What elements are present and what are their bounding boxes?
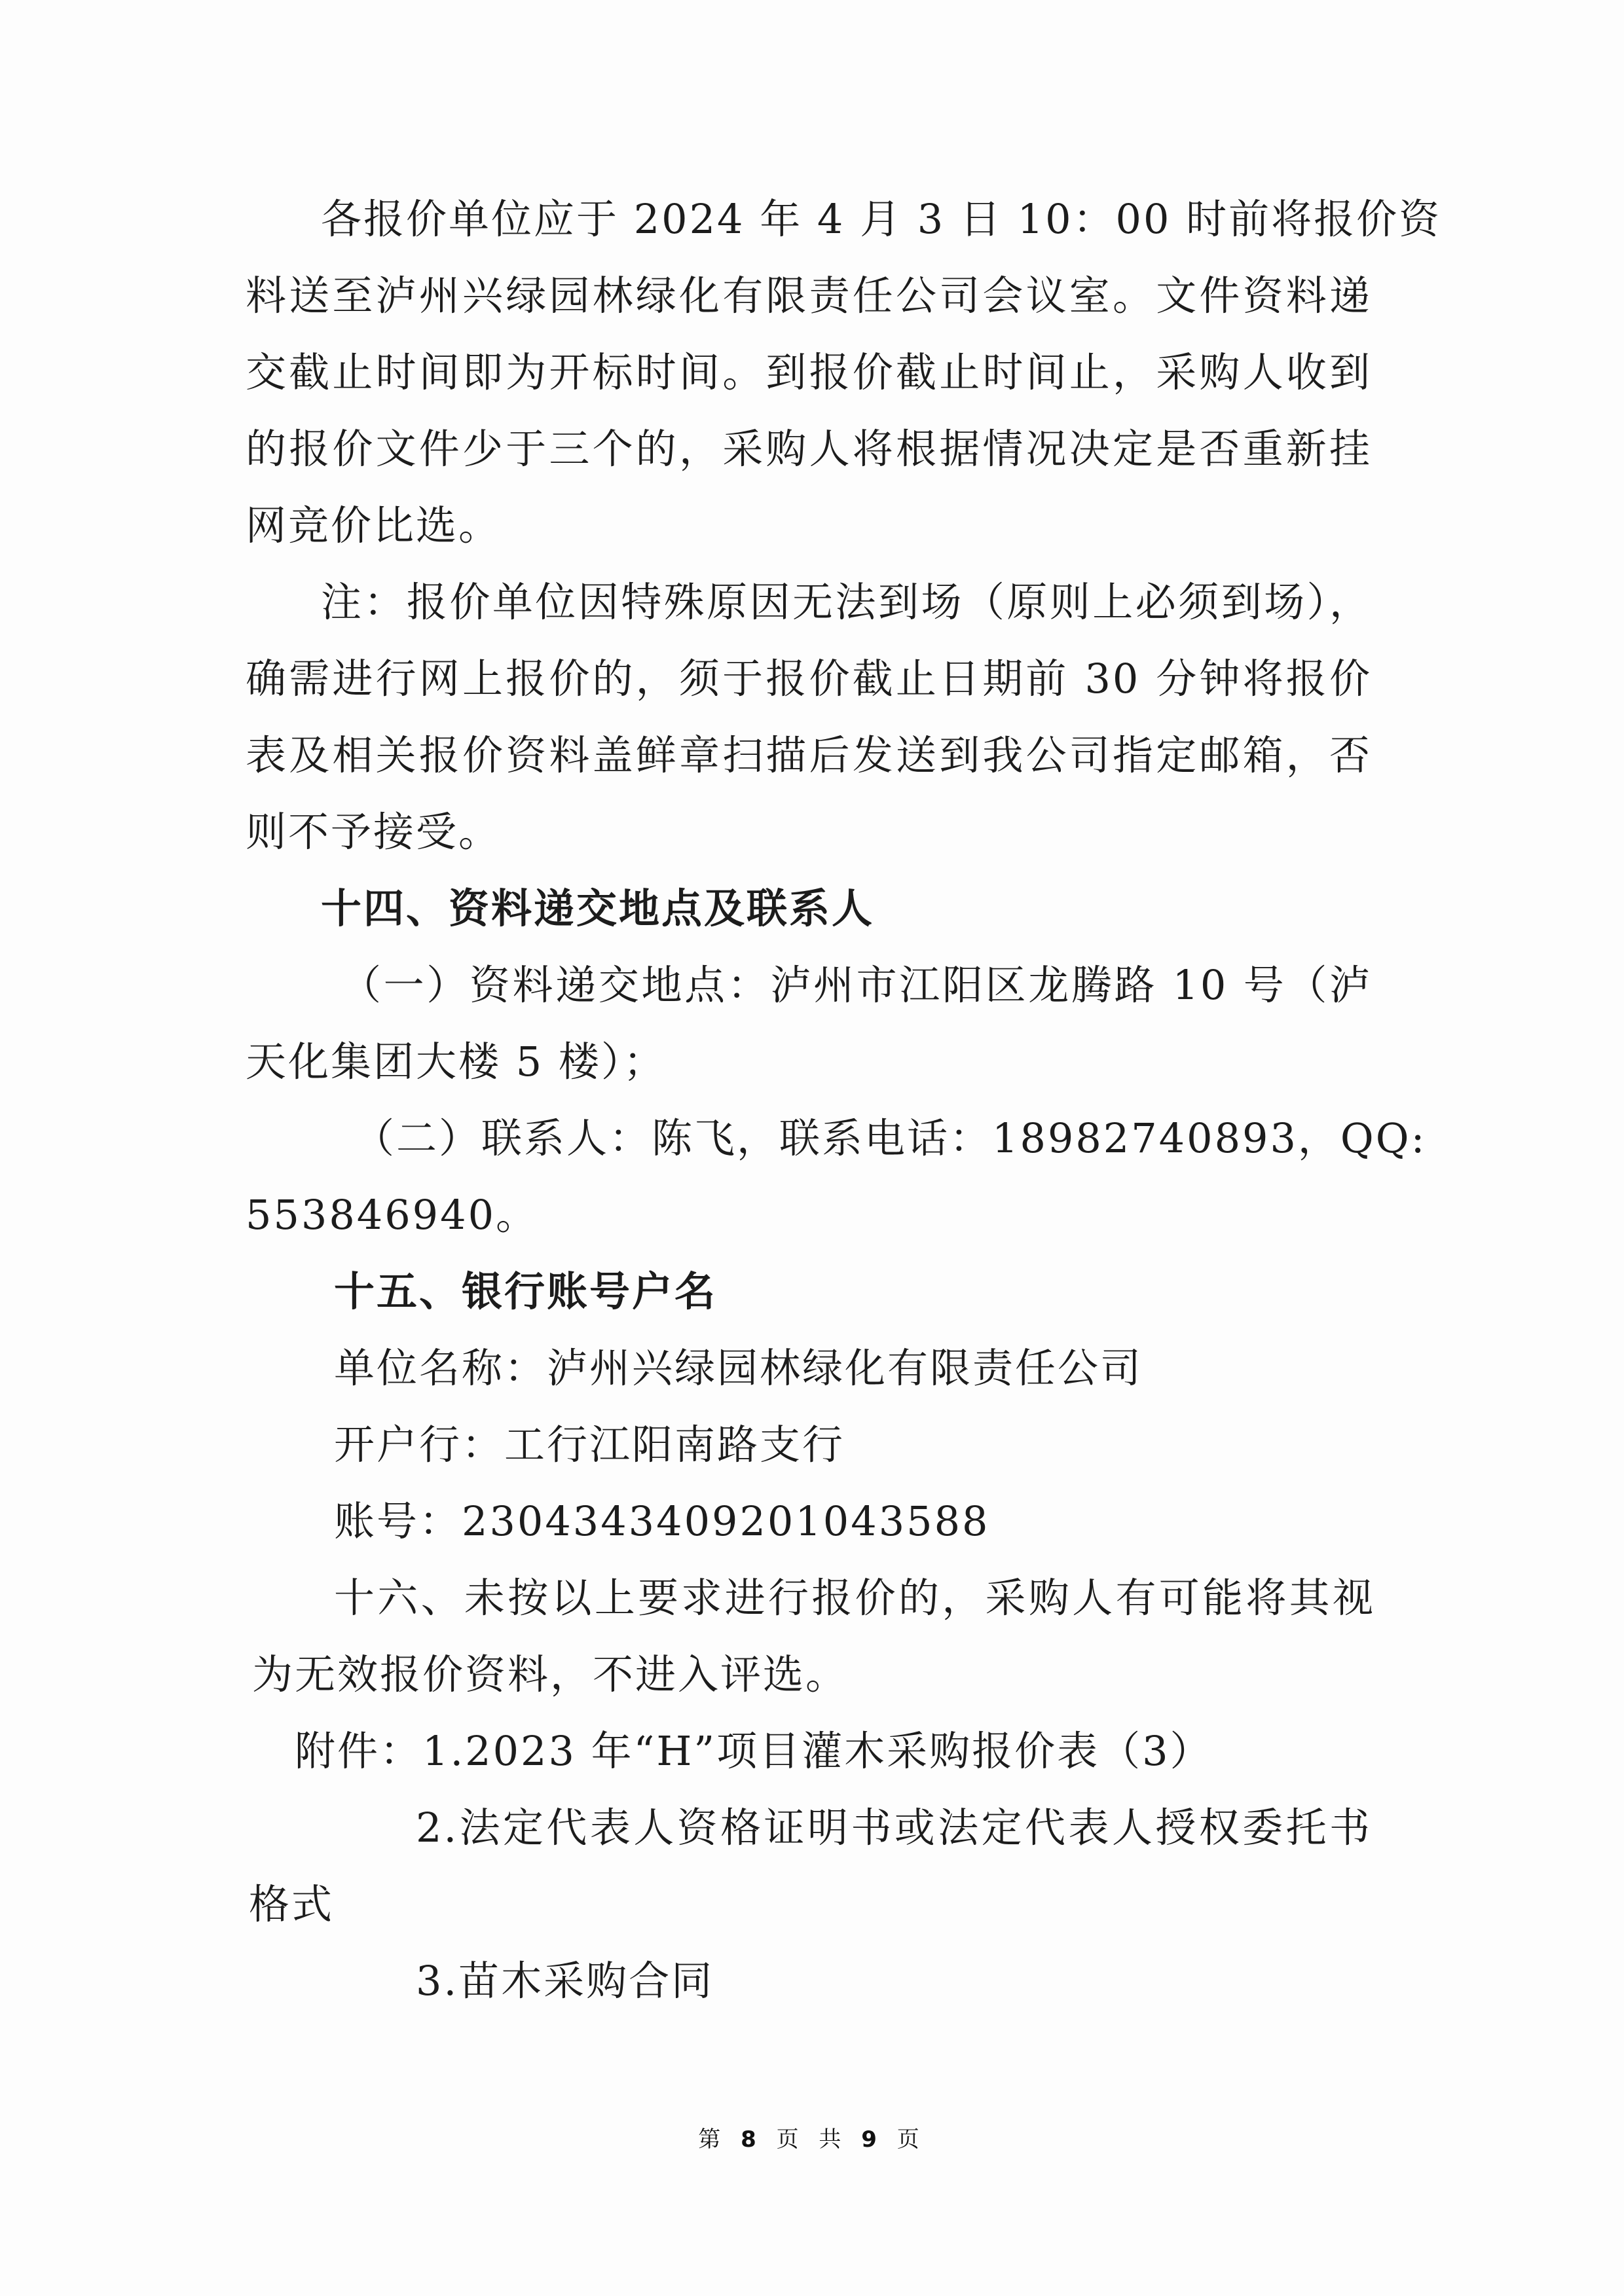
address-line-2: 天化集团大楼 5 楼）； xyxy=(246,1036,1372,1088)
attachment-item-1: 附件：1.2023 年“H”项目灌木采购报价表（3） xyxy=(295,1725,1421,1777)
paragraph-deadline-line-2: 料送至泸州兴绿园林绿化有限责任公司会议室。文件资料递 xyxy=(246,270,1372,322)
footer-suffix: 页 xyxy=(897,2126,926,2153)
paragraph-deadline-line-4: 的报价文件少于三个的，采购人将根据情况决定是否重新挂 xyxy=(246,423,1372,475)
footer-middle: 页 共 xyxy=(777,2126,848,2153)
paragraph-deadline-line-3: 交截止时间即为开标时间。到报价截止时间止，采购人收到 xyxy=(246,346,1372,399)
section-16-line-1: 十六、未按以上要求进行报价的，采购人有可能将其视 xyxy=(334,1572,1375,1624)
contact-line-1: （二）联系人：陈飞，联系电话：18982740893，QQ: xyxy=(354,1112,1372,1165)
section-14-heading: 十四、资料递交地点及联系人 xyxy=(321,883,1372,935)
bank-account-number: 账号：2304343409201043588 xyxy=(334,1495,1460,1548)
paragraph-deadline-line-5: 网竞价比选。 xyxy=(246,500,1372,552)
document-page: 各报价单位应于 2024 年 4 月 3 日 10：00 时前将报价资 料送至泸… xyxy=(0,0,1624,2296)
total-pages-number: 9 xyxy=(861,2126,883,2153)
contact-line-2: 553846940。 xyxy=(246,1189,1372,1241)
section-16-line-2: 为无效报价资料，不进入评选。 xyxy=(252,1649,1378,1701)
paragraph-deadline-line-1: 各报价单位应于 2024 年 4 月 3 日 10：00 时前将报价资 xyxy=(321,193,1372,246)
paragraph-note-line-1: 注：报价单位因特殊原因无法到场（原则上必须到场）， xyxy=(321,576,1372,629)
paragraph-note-line-3: 表及相关报价资料盖鲜章扫描后发送到我公司指定邮箱，否 xyxy=(246,729,1372,782)
attachment-item-3: 3.苗木采购合同 xyxy=(416,1955,1372,2007)
current-page-number: 8 xyxy=(741,2126,763,2153)
footer-prefix: 第 xyxy=(698,2126,727,2153)
paragraph-note-line-4: 则不予接受。 xyxy=(246,806,1372,858)
address-line-1: （一）资料递交地点：泸州市江阳区龙腾路 10 号（泸 xyxy=(341,959,1372,1011)
bank-unit-name: 单位名称：泸州兴绿园林绿化有限责任公司 xyxy=(334,1342,1460,1394)
attachment-item-2-line-1: 2.法定代表人资格证明书或法定代表人授权委托书 xyxy=(416,1802,1372,1854)
attachment-item-2-line-2: 格式 xyxy=(249,1878,1375,1931)
section-15-heading: 十五、银行账号户名 xyxy=(334,1266,1385,1318)
paragraph-note-line-2: 确需进行网上报价的，须于报价截止日期前 30 分钟将报价 xyxy=(246,653,1372,705)
page-footer: 第 8 页 共 9 页 xyxy=(0,2121,1624,2153)
bank-branch: 开户行：工行江阳南路支行 xyxy=(334,1419,1460,1471)
